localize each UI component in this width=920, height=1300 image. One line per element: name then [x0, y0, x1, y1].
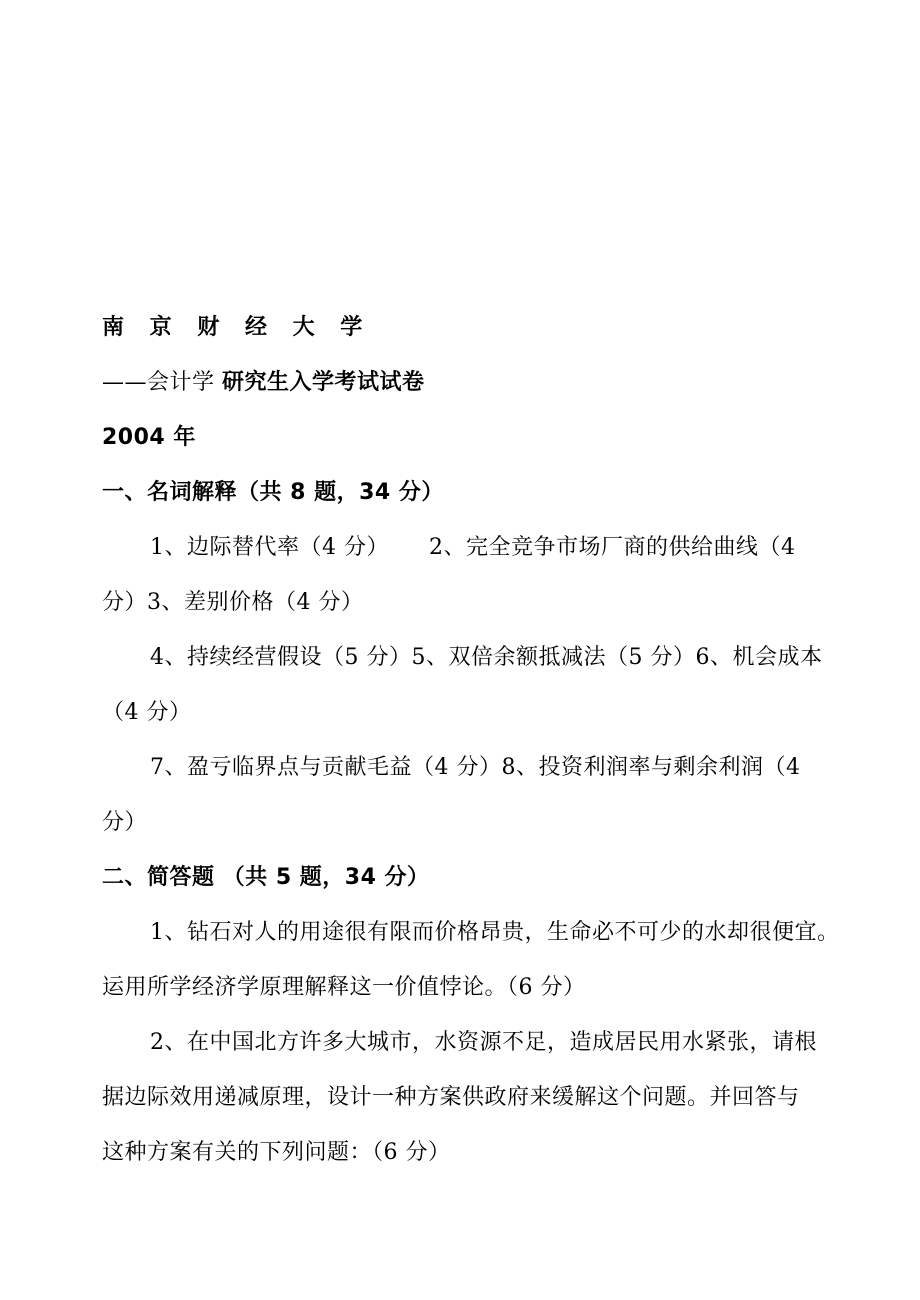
university-title: 南 京 财 经 大 学: [102, 300, 877, 355]
term-1: 1、边际替代率（4 分）: [150, 535, 389, 560]
section1-line6: 分）: [102, 795, 877, 850]
subtitle-main: 研究生入学考试试卷: [222, 370, 425, 395]
question-2-line1: 2、在中国北方许多大城市，水资源不足，造成居民用水紧张，请根: [102, 1015, 877, 1070]
exam-subtitle: ——会计学 研究生入学考试试卷: [102, 355, 877, 410]
term-2: 2、完全竞争市场厂商的供给曲线（4: [429, 535, 796, 560]
section1-line3: 4、持续经营假设（5 分）5、双倍余额抵减法（5 分）6、机会成本: [102, 630, 877, 685]
question-1-line1: 1、钻石对人的用途很有限而价格昂贵，生命必不可少的水却很便宜。: [102, 905, 877, 960]
section1-line1: 1、边际替代率（4 分）2、完全竞争市场厂商的供给曲线（4: [102, 520, 877, 575]
section1-heading: 一、名词解释（共 8 题，34 分）: [102, 465, 877, 520]
section1-line2: 分）3、差别价格（4 分）: [102, 575, 877, 630]
question-2-line3: 这种方案有关的下列问题：（6 分）: [102, 1125, 877, 1180]
document-page: 南 京 财 经 大 学 ——会计学 研究生入学考试试卷 2004 年 一、名词解…: [102, 300, 877, 1180]
section1-line5: 7、盈亏临界点与贡献毛益（4 分）8、投资利润率与剩余利润（4: [102, 740, 877, 795]
question-1-line2: 运用所学经济学原理解释这一价值悖论。（6 分）: [102, 960, 877, 1015]
exam-year: 2004 年: [102, 410, 877, 465]
section1-line4: （4 分）: [102, 685, 877, 740]
subtitle-prefix: ——会计学: [102, 370, 222, 395]
question-2-line2: 据边际效用递减原理，设计一种方案供政府来缓解这个问题。并回答与: [102, 1070, 877, 1125]
section2-heading: 二、简答题 （共 5 题，34 分）: [102, 850, 877, 905]
